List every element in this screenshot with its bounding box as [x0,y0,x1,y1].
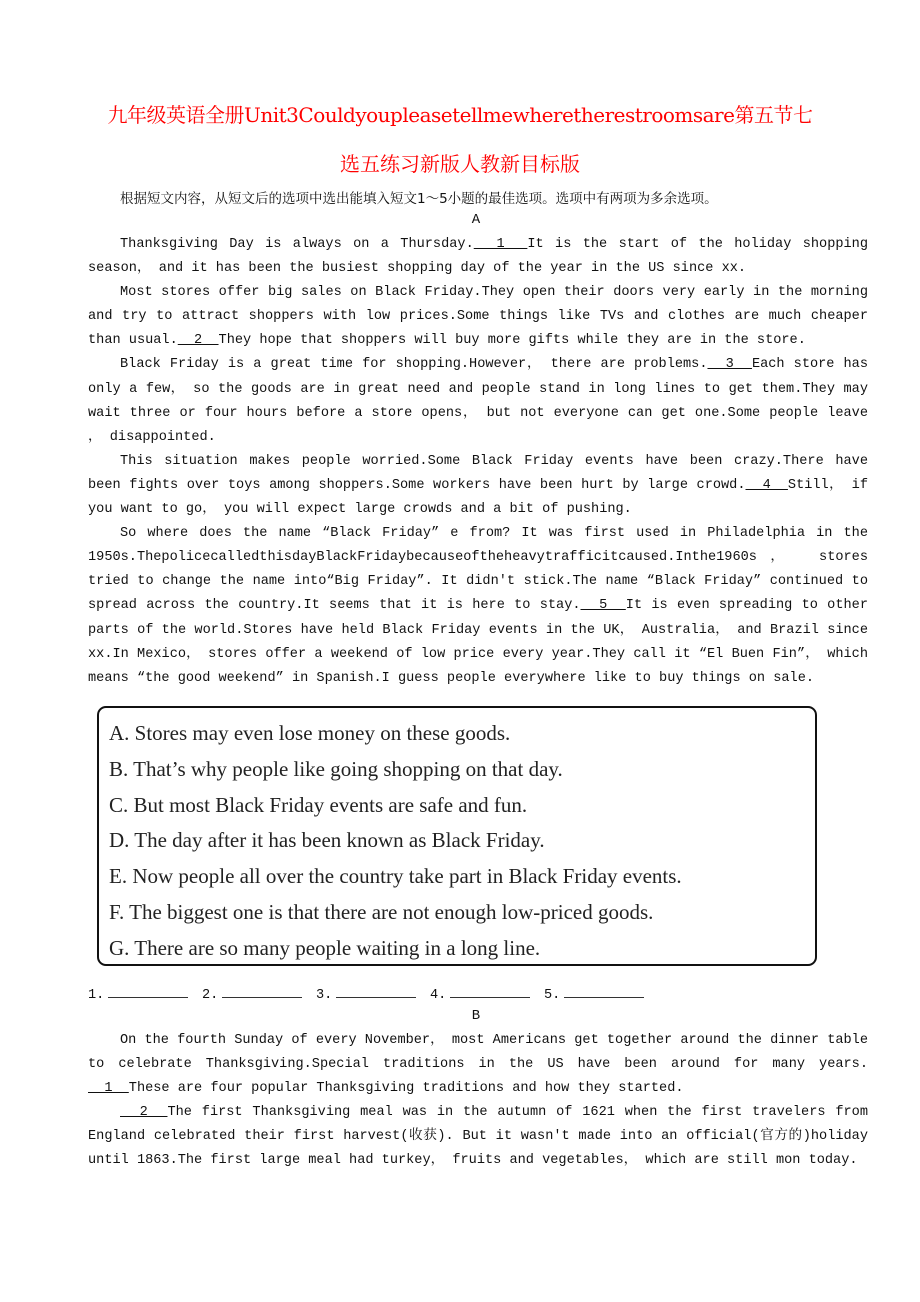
answer-line[interactable] [108,984,188,998]
option-e: E. Now people all over the country take … [109,859,815,895]
option-g: G. There are so many people waiting in a… [109,931,815,967]
blank-4: 4 [746,478,788,493]
instruction-text: 根据短文内容，从短文后的选项中选出能填入短文1～5小题的最佳选项。选项中有两项为… [120,187,718,207]
answer-slot-2[interactable]: 2. [202,984,316,1003]
passage-b: On the fourth Sunday of every November， … [88,1029,868,1174]
blank-b-1: 1 [88,1081,129,1096]
answer-line[interactable] [222,984,302,998]
answer-number: 2. [202,988,218,1003]
passage-a-paragraph: So where does the name “Black Friday” e … [88,522,868,691]
answer-number: 1. [88,988,104,1003]
option-f: F. The biggest one is that there are not… [109,895,815,931]
passage-a-paragraph: Black Friday is a great time for shoppin… [88,353,868,449]
paragraph-text: Black Friday is a great time for shoppin… [120,357,707,372]
answer-number: 3. [316,988,332,1003]
document-title-line-2: 选五练习新版人教新目标版 [40,148,880,177]
answer-slot-4[interactable]: 4. [430,984,544,1003]
blank-5: 5 [581,598,626,613]
blank-b-2: 2 [120,1105,167,1120]
passage-a-paragraph: Most stores offer big sales on Black Fri… [88,281,868,353]
option-c: C. But most Black Friday events are safe… [109,788,815,824]
section-a-label: A [0,212,920,228]
answer-slot-1[interactable]: 1. [88,984,202,1003]
document-title-line-1: 九年级英语全册Unit3Couldyoupleasetellmewherethe… [40,99,880,128]
answer-row: 1. 2. 3. 4. 5. [88,984,658,1003]
paragraph-text: On the fourth Sunday of every November， … [88,1033,868,1072]
blank-2: 2 [178,333,219,348]
paragraph-text: Thanksgiving Day is always on a Thursday… [120,237,474,252]
answer-number: 5. [544,988,560,1003]
answer-line[interactable] [336,984,416,998]
answer-slot-3[interactable]: 3. [316,984,430,1003]
passage-b-paragraph: On the fourth Sunday of every November， … [88,1029,868,1101]
options-box: A. Stores may even lose money on these g… [97,706,817,966]
option-d: D. The day after it has been known as Bl… [109,823,815,859]
blank-3: 3 [707,357,751,372]
option-a: A. Stores may even lose money on these g… [109,716,815,752]
answer-line[interactable] [450,984,530,998]
document-page: 九年级英语全册Unit3Couldyoupleasetellmewherethe… [0,0,920,1302]
blank-1: 1 [474,237,528,252]
answer-line[interactable] [564,984,644,998]
paragraph-text: They hope that shoppers will buy more gi… [219,333,806,348]
section-b-label: B [0,1008,920,1024]
answer-number: 4. [430,988,446,1003]
passage-a: Thanksgiving Day is always on a Thursday… [88,233,868,691]
option-b: B. That’s why people like going shopping… [109,752,815,788]
passage-b-paragraph: 2 The first Thanksgiving meal was in the… [88,1101,868,1173]
paragraph-text: The first Thanksgiving meal was in the a… [88,1105,868,1168]
passage-a-paragraph: This situation makes people worried.Some… [88,450,868,522]
passage-a-paragraph: Thanksgiving Day is always on a Thursday… [88,233,868,281]
paragraph-text: These are four popular Thanksgiving trad… [129,1081,684,1096]
answer-slot-5[interactable]: 5. [544,984,658,1003]
